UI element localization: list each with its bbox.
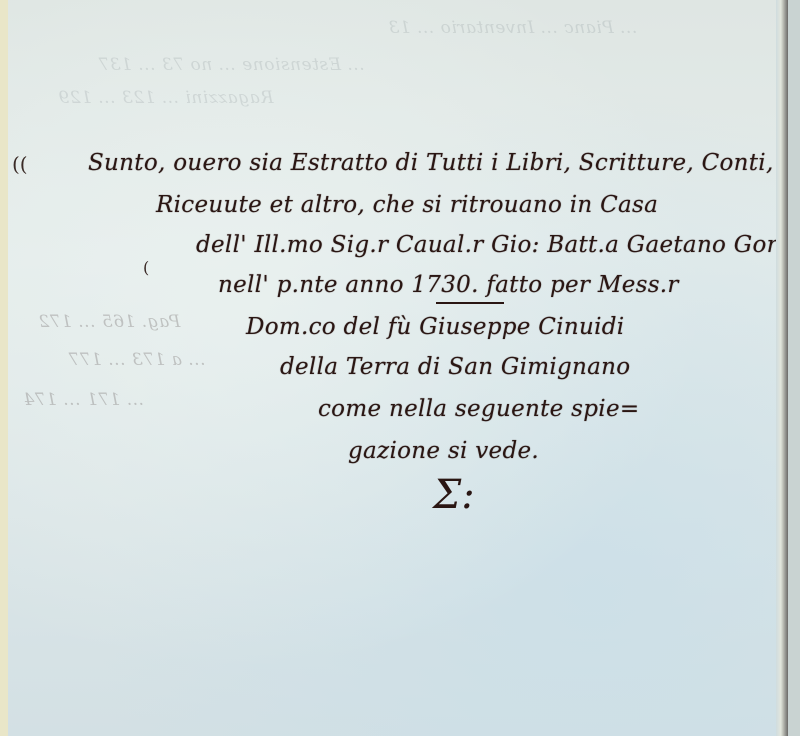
title-line-7: come nella seguente spie=	[318, 396, 639, 422]
margin-mark: ((	[12, 152, 28, 176]
page-edge	[776, 0, 788, 736]
title-line-5: Dom.co del fù Giuseppe Cinuidi	[246, 314, 624, 340]
title-line-1: Sunto, ouero sia Estratto di Tutti i Lib…	[88, 150, 774, 176]
scan-frame: ... Pianc ... Inventario ... 13 ... Este…	[0, 0, 800, 736]
bleed-through-line: ... a 173 ... 177	[68, 350, 206, 370]
bleed-through-line: Ragazzini ... 123 ... 129	[58, 88, 274, 108]
bleed-through-line: ... Pianc ... Inventario ... 13	[388, 18, 637, 38]
signature-flourish: Σ:	[433, 472, 475, 518]
title-line-2: Riceuute et altro, che si ritrouano in C…	[156, 192, 658, 218]
bleed-through-line: ... Estensione ... no 73 ... 137	[98, 55, 365, 75]
title-line-6: della Terra di San Gimignano	[280, 354, 630, 380]
bleed-through-line: Pag. 165 ... 172	[38, 312, 180, 332]
title-line-8: gazione si vede.	[348, 438, 539, 464]
bleed-through-line: ... 171 ... 174	[23, 390, 144, 410]
title-line-3: dell' Ill.mo Sig.r Caual.r Gio: Batt.a G…	[196, 232, 786, 258]
margin-mark: (	[143, 258, 149, 277]
manuscript-page: ... Pianc ... Inventario ... 13 ... Este…	[8, 0, 788, 736]
title-line-4: nell' p.nte anno 1730. fatto per Mess.r	[218, 272, 679, 298]
year-underline	[436, 302, 504, 304]
